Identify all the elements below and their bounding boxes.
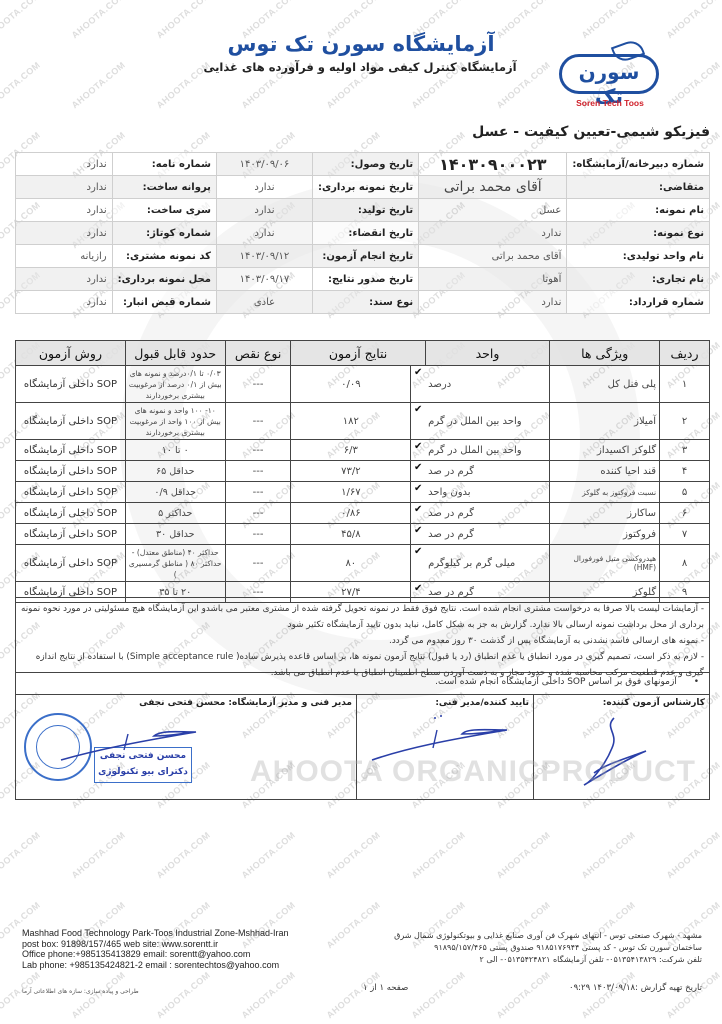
info-label: تاریخ انجام آزمون: [312, 245, 418, 268]
test-method: SOP داخلی آزمایشگاه [16, 461, 126, 482]
report-notes: - آزمایشات لیست بالا صرفا به درخواست مشت… [15, 597, 710, 673]
document-type: عادی [216, 291, 312, 314]
result-row: ۶ساکارزگرم در صد✔۰/۸۶---حداکثر ۵SOP داخل… [16, 503, 710, 524]
lab-subtitle: آزمایشگاه کنترل کیفی مواد اولیه و فرآورد… [150, 60, 570, 74]
test-method: SOP داخلی آزمایشگاه [16, 403, 126, 440]
column-header-feature: ویژگی ها [550, 341, 660, 366]
check-icon: ✔ [411, 524, 425, 545]
result-issue-date: ۱۴۰۳/۰۹/۱۷ [216, 268, 312, 291]
feature-name: هیدروکسی متیل فورفورال (HMF) [550, 545, 660, 582]
defect-type: --- [225, 482, 291, 503]
acceptable-limit: حداقل ۶۵ [125, 461, 225, 482]
watermark-label: AHOOTA.COM [325, 900, 383, 951]
result-value: ۴۵/۸ [291, 524, 411, 545]
defect-type: --- [225, 440, 291, 461]
defect-type: --- [225, 503, 291, 524]
bullet-icon: • [694, 677, 699, 687]
unit: گرم در صد [425, 524, 550, 545]
tester-label: کارشناس آزمون کننده: [603, 698, 705, 708]
footer-line: post box: 91898/157/465 web site: www.so… [22, 939, 288, 950]
check-icon: ✔ [411, 461, 425, 482]
brand-name: آهوتا [419, 268, 567, 291]
report-section-title: فیزیکو شیمی-تعیین کیفیت - عسل [472, 124, 710, 140]
feature-name: فروکتوز [550, 524, 660, 545]
test-method: SOP داخلی آزمایشگاه [16, 503, 126, 524]
info-label: شماره قبض انبار: [112, 291, 216, 314]
info-row: نام تجاری: آهوتا تاریخ صدور نتایج: ۱۴۰۳/… [16, 268, 710, 291]
manager-label: مدیر فنی و مدیر آزمایشگاه: محسن فتحی نجف… [139, 698, 352, 708]
feature-name: گلوکز اکسیداز [550, 440, 660, 461]
customer-sample-code: رازیانه [16, 245, 113, 268]
defect-type: --- [225, 524, 291, 545]
sampling-date: ندارد [216, 176, 312, 199]
info-label: تاریخ انقضاء: [312, 222, 418, 245]
test-results-table: ردیف ویژگی ها واحد نتایج آزمون نوع نقص ح… [15, 340, 710, 603]
watermark-label: AHOOTA.COM [155, 830, 213, 881]
logo-english-name: Soren Tech Toos [555, 98, 665, 108]
acceptable-limit: ۰ تا ۱۰ [125, 440, 225, 461]
test-method: SOP داخلی آزمایشگاه [16, 545, 126, 582]
footer-credit: طراحی و پیاده سازی: سازه های اطلاعاتی آر… [22, 988, 139, 995]
check-icon: ✔ [411, 403, 425, 440]
info-label: تاریخ تولید: [312, 199, 418, 222]
feature-name: آمیلاز [550, 403, 660, 440]
footer-line: ساختمان سورن تک توس - کد پستی ۹۱۸۵۱۷۶۹۴۴… [382, 942, 702, 954]
defect-type: --- [225, 461, 291, 482]
footer-persian-address: مشهد - شهرک صنعتی توس - انتهای شهرک فن آ… [382, 930, 702, 966]
column-header-method: روش آزمون [16, 341, 126, 366]
defect-type: --- [225, 403, 291, 440]
info-label: تاریخ وصول: [312, 153, 418, 176]
row-number: ۳ [660, 440, 710, 461]
sample-name: عسل [419, 199, 567, 222]
result-row: ۱پلی فنل کلدرصد✔۰/۰۹---۰/۰۳ تا ۰/۱درصد و… [16, 366, 710, 403]
customs-number: ندارد [16, 222, 113, 245]
acceptable-limit: حداکثر ۵ [125, 503, 225, 524]
info-row: شماره قرارداد: ندارد نوع سند: عادی شماره… [16, 291, 710, 314]
receipt-date: ۱۴۰۳/۰۹/۰۶ [216, 153, 312, 176]
watermark-label: AHOOTA.COM [70, 830, 128, 881]
applicant-name: آقای محمد براتی [419, 176, 567, 199]
row-number: ۷ [660, 524, 710, 545]
watermark-label: AHOOTA.COM [0, 970, 42, 1021]
feature-name: پلی فنل کل [550, 366, 660, 403]
result-row: ۸هیدروکسی متیل فورفورال (HMF)میلی گرم بر… [16, 545, 710, 582]
sample-info-table: شماره دبیرخانه/آزمایشگاه: ۱۴۰۳۰۹۰۰۰۲۳ تا… [15, 152, 710, 314]
unit: گرم در صد [425, 503, 550, 524]
row-number: ۸ [660, 545, 710, 582]
note-line: - نمونه های ارسالی فاسد نشدنی به آزمایشگ… [21, 633, 704, 649]
unit: واحد بین الملل در گرم [425, 403, 550, 440]
info-label: نام تجاری: [567, 268, 710, 291]
watermark-label: AHOOTA.COM [325, 970, 383, 1021]
batch-number: ندارد [16, 199, 113, 222]
warehouse-receipt-number: ندارد [16, 291, 113, 314]
acceptable-limit: ۱۰- ۱۰۰ واحد و نمونه های بیش از ۱۰۰ واحد… [125, 403, 225, 440]
info-row: نام نمونه: عسل تاریخ تولید: ندارد سری سا… [16, 199, 710, 222]
footer-line: Lab phone: +985135424821-2 email : soren… [22, 960, 288, 971]
watermark-label: AHOOTA.COM [0, 60, 42, 111]
row-number: ۴ [660, 461, 710, 482]
info-row: شماره دبیرخانه/آزمایشگاه: ۱۴۰۳۰۹۰۰۰۲۳ تا… [16, 153, 710, 176]
info-label: شماره کوتاژ: [112, 222, 216, 245]
test-date: ۱۴۰۳/۰۹/۱۲ [216, 245, 312, 268]
info-label: سری ساخت: [112, 199, 216, 222]
row-number: ۵ [660, 482, 710, 503]
results-header-row: ردیف ویژگی ها واحد نتایج آزمون نوع نقص ح… [16, 341, 710, 366]
watermark-label: AHOOTA.COM [495, 970, 553, 1021]
watermark-label: AHOOTA.COM [410, 830, 468, 881]
lab-logo: سورن تک Soren Tech Toos [555, 40, 665, 112]
watermark-label: AHOOTA.COM [665, 60, 722, 111]
info-label: نوع نمونه: [567, 222, 710, 245]
info-row: متقاضی: آقای محمد براتی تاریخ نمونه بردا… [16, 176, 710, 199]
watermark-label: AHOOTA.COM [240, 970, 298, 1021]
watermark-label: AHOOTA.COM [325, 830, 383, 881]
approver-label: تایید کننده/مدیر فنی: [435, 698, 529, 708]
column-header-limit: حدود قابل قبول [125, 341, 225, 366]
contract-number: ندارد [419, 291, 567, 314]
acceptable-limit: حداقل ۳۰ [125, 524, 225, 545]
feature-name: نسبت فروکتوز به گلوکز [550, 482, 660, 503]
watermark-label: AHOOTA.COM [410, 970, 468, 1021]
defect-type: --- [225, 366, 291, 403]
page-number: صفحه ۱ از ۱ [363, 983, 408, 993]
info-label: تاریخ صدور نتایج: [312, 268, 418, 291]
watermark-label: AHOOTA.COM [665, 830, 722, 881]
check-icon: ✔ [411, 482, 425, 503]
info-label: شماره قرارداد: [567, 291, 710, 314]
production-date: ندارد [216, 199, 312, 222]
result-row: ۵نسبت فروکتوز به گلوکزبدون واحد✔۱/۶۷---ح… [16, 482, 710, 503]
test-method: SOP داخلی آزمایشگاه [16, 440, 126, 461]
manager-signature [56, 710, 206, 770]
watermark-label: AHOOTA.COM [240, 830, 298, 881]
unit: بدون واحد [425, 482, 550, 503]
result-value: ۱۸۲ [291, 403, 411, 440]
info-label: نام واحد تولیدی: [567, 245, 710, 268]
check-icon: ✔ [411, 440, 425, 461]
info-label: شماره نامه: [112, 153, 216, 176]
footer-line: Mashhad Food Technology Park-Toos Indust… [22, 928, 288, 939]
unit: واحد بین الملل در گرم [425, 440, 550, 461]
sop-note-text: آزمونهای فوق بر اساس SOP داخلی آزمایشگاه… [435, 677, 677, 687]
info-row: نوع نمونه: ندارد تاریخ انقضاء: ندارد شما… [16, 222, 710, 245]
watermark-label: AHOOTA.COM [0, 830, 42, 881]
check-icon: ✔ [411, 366, 425, 403]
note-line: - آزمایشات لیست بالا صرفا به درخواست مشت… [21, 601, 704, 633]
info-label: کد نمونه مشتری: [112, 245, 216, 268]
registry-number: ۱۴۰۳۰۹۰۰۰۲۳ [419, 153, 567, 176]
result-value: ۰/۰۹ [291, 366, 411, 403]
info-label: محل نمونه برداری: [112, 268, 216, 291]
watermark-label: AHOOTA.COM [495, 830, 553, 881]
row-number: ۶ [660, 503, 710, 524]
watermark-label: AHOOTA.COM [70, 60, 128, 111]
producer-name: آقای محمد براتی [419, 245, 567, 268]
column-header-result: نتایج آزمون [291, 341, 425, 366]
check-icon: ✔ [411, 545, 425, 582]
watermark-label: AHOOTA.COM [580, 970, 638, 1021]
column-header-defect: نوع نقص [225, 341, 291, 366]
watermark-label: AHOOTA.COM [155, 970, 213, 1021]
watermark-label: AHOOTA.COM [665, 970, 722, 1021]
result-value: ۱/۶۷ [291, 482, 411, 503]
info-label: تاریخ نمونه برداری: [312, 176, 418, 199]
info-label: پروانه ساخت: [112, 176, 216, 199]
info-label: نوع سند: [312, 291, 418, 314]
test-method: SOP داخلی آزمایشگاه [16, 524, 126, 545]
info-label: شماره دبیرخانه/آزمایشگاه: [567, 153, 710, 176]
unit: درصد [425, 366, 550, 403]
acceptable-limit: حداکثر ۴۰ (مناطق معتدل) - حداکثر ۸۰ ( من… [125, 545, 225, 582]
footer-line: Office phone:+985135413829 email: sorent… [22, 949, 288, 960]
result-value: ۸۰ [291, 545, 411, 582]
result-row: ۲آمیلازواحد بین الملل در گرم✔۱۸۲---۱۰- ۱… [16, 403, 710, 440]
footer-english-address: Mashhad Food Technology Park-Toos Indust… [22, 928, 288, 970]
expiry-date: ندارد [216, 222, 312, 245]
report-date: تاریخ تهیه گزارش :۱۴۰۳/۰۹/۱۸ ۰۹:۲۹ [569, 983, 702, 993]
column-header-row-number: ردیف [660, 341, 710, 366]
info-label: نام نمونه: [567, 199, 710, 222]
unit: گرم در صد [425, 461, 550, 482]
info-label: متقاضی: [567, 176, 710, 199]
sampling-location: ندارد [16, 268, 113, 291]
result-value: ۶/۳ [291, 440, 411, 461]
test-method: SOP داخلی آزمایشگاه [16, 366, 126, 403]
watermark-label: AHOOTA.COM [70, 970, 128, 1021]
result-row: ۴قند احیا کنندهگرم در صد✔۷۳/۲---حداقل ۶۵… [16, 461, 710, 482]
footer-line: مشهد - شهرک صنعتی توس - انتهای شهرک فن آ… [382, 930, 702, 942]
letter-number: ندارد [16, 153, 113, 176]
production-license: ندارد [16, 176, 113, 199]
result-value: ۰/۸۶ [291, 503, 411, 524]
feature-name: قند احیا کننده [550, 461, 660, 482]
sample-type: ندارد [419, 222, 567, 245]
info-row: نام واحد تولیدی: آقای محمد براتی تاریخ ا… [16, 245, 710, 268]
row-number: ۲ [660, 403, 710, 440]
feature-name: ساکارز [550, 503, 660, 524]
unit: میلی گرم بر کیلوگرم [425, 545, 550, 582]
row-number: ۱ [660, 366, 710, 403]
result-row: ۳گلوکز اکسیدازواحد بین الملل در گرم✔۶/۳-… [16, 440, 710, 461]
product-watermark: AHOOTA ORGANICPRODUCT [250, 755, 696, 789]
sop-note: • آزمونهای فوق بر اساس SOP داخلی آزمایشگ… [15, 673, 710, 695]
result-value: ۷۳/۲ [291, 461, 411, 482]
test-method: SOP داخلی آزمایشگاه [16, 482, 126, 503]
result-row: ۷فروکتوزگرم در صد✔۴۵/۸---حداقل ۳۰SOP داخ… [16, 524, 710, 545]
acceptable-limit: ۰/۰۳ تا ۰/۱درصد و نمونه های بیش از ۰/۱ د… [125, 366, 225, 403]
defect-type: --- [225, 545, 291, 582]
check-icon: ✔ [411, 503, 425, 524]
column-header-unit: واحد [425, 341, 550, 366]
watermark-label: AHOOTA.COM [580, 830, 638, 881]
footer-line: تلفن شرکت: ۰۵۱۳۵۴۱۳۸۲۹- تلفن آزمایشگاه ۰… [382, 954, 702, 966]
acceptable-limit: حداقل ۰/۹ [125, 482, 225, 503]
